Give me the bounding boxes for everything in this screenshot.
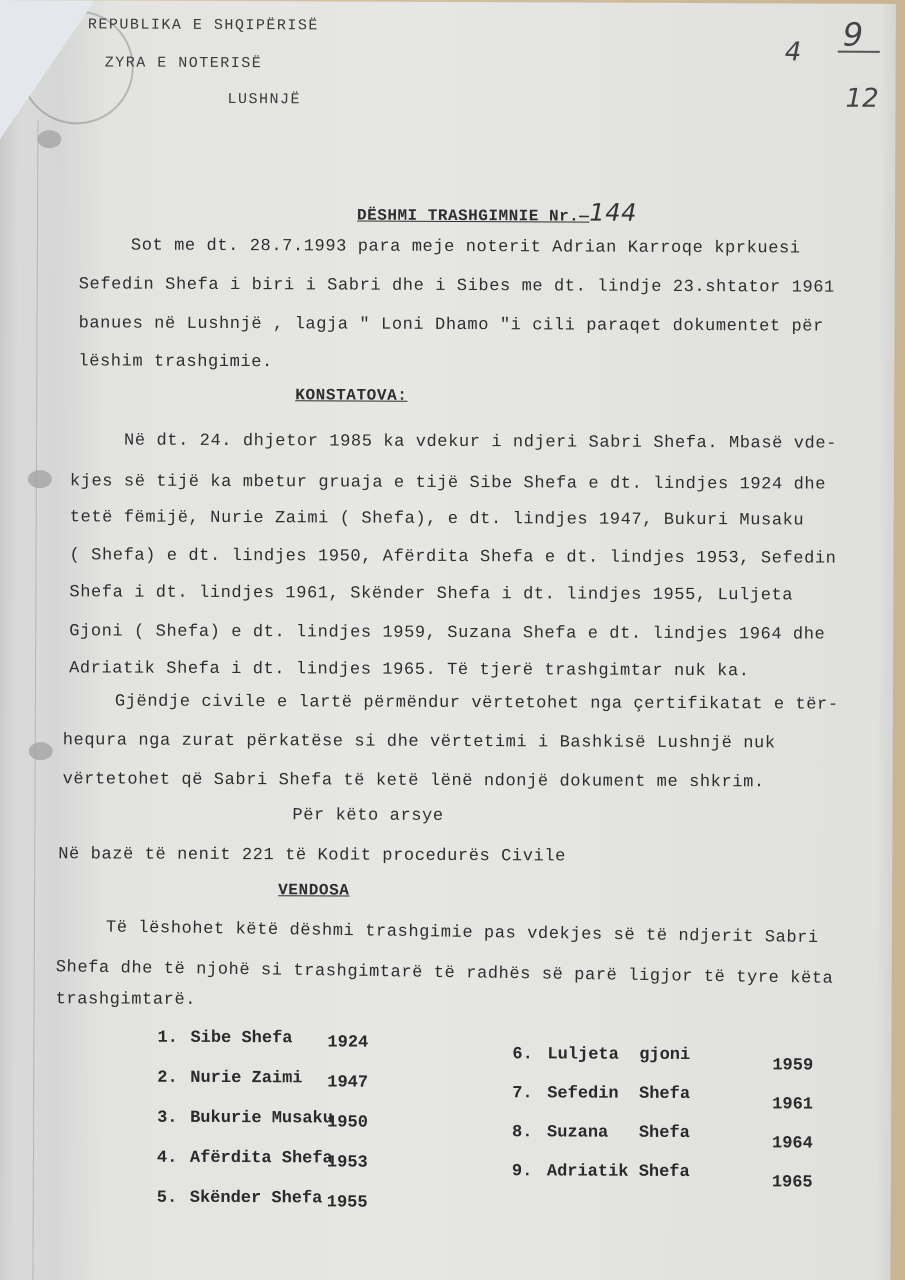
heir-number: 6. — [512, 1045, 532, 1064]
finding-line: Shefa i dt. lindjes 1961, Skënder Shefa … — [69, 583, 793, 605]
decision-line: trashgimtarë. — [56, 990, 197, 1010]
handwritten-fraction-line — [838, 51, 880, 53]
header-republic: REPUBLIKA E SHQIPËRISË — [88, 16, 319, 34]
punch-hole — [28, 470, 52, 488]
header-city: LUSHNJË — [228, 91, 302, 108]
heir-number: 7. — [512, 1084, 532, 1103]
intro-line: Sot me dt. 28.7.1993 para meje noterit A… — [131, 237, 801, 259]
handwritten-folio-bottom: 12 — [846, 84, 879, 114]
heir-number: 3. — [157, 1109, 177, 1128]
finding-line: Adriatik Shefa i dt. lindjes 1965. Të tj… — [69, 659, 750, 681]
heir-birth-year: 1964 — [772, 1134, 813, 1153]
heir-name: Suzana Shefa — [547, 1123, 690, 1143]
legal-basis-line: Në bazë të nenit 221 të Kodit procedurës… — [58, 845, 566, 866]
decision-line: Shefa dhe të njohë si trashgimtarë të ra… — [56, 958, 834, 989]
heir-number: 5. — [157, 1189, 177, 1208]
civil-status-line: hequra nga zurat përkatëse si dhe vërtet… — [63, 731, 776, 753]
heir-number: 2. — [157, 1069, 177, 1088]
header-office: ZYRA E NOTERISË — [105, 54, 263, 72]
decision-line: Të lëshohet këtë dëshmi trashgimie pas v… — [106, 918, 819, 948]
civil-status-line: Gjëndje civile e lartë përmëndur vërteto… — [115, 693, 839, 715]
heir-number: 1. — [157, 1029, 177, 1048]
title-text: DËSHMI TRASHGIMNIE Nr.— — [357, 207, 589, 226]
heir-number: 4. — [157, 1149, 177, 1168]
heir-birth-year: 1965 — [772, 1173, 813, 1192]
handwritten-folio-top: 9 — [843, 16, 864, 54]
handwritten-page-mark: 4 — [785, 37, 802, 67]
finding-line: Në dt. 24. dhjetor 1985 ka vdekur i ndje… — [124, 432, 837, 454]
finding-line: tetë fëmijë, Nurie Zaimi ( Shefa), e dt.… — [70, 508, 805, 530]
heir-birth-year: 1950 — [327, 1113, 368, 1132]
document-page: REPUBLIKA E SHQIPËRISË ZYRA E NOTERISË L… — [0, 0, 896, 1280]
heir-name: Adriatik Shefa — [547, 1162, 690, 1182]
heir-birth-year: 1953 — [327, 1153, 368, 1172]
heir-number: 8. — [512, 1123, 532, 1142]
heading-konstatova: KONSTATOVA: — [295, 386, 407, 404]
heir-name: Sibe Shefa — [190, 1029, 292, 1048]
punch-hole — [37, 130, 61, 148]
intro-line: lëshim trashgimie. — [78, 352, 273, 372]
heir-name: Nurie Zaimi — [190, 1069, 302, 1088]
finding-line: ( Shefa) e dt. lindjes 1950, Afërdita Sh… — [70, 546, 837, 568]
finding-line: Gjoni ( Shefa) e dt. lindjes 1959, Suzan… — [69, 622, 825, 644]
heir-birth-year: 1924 — [327, 1033, 368, 1052]
intro-line: banues në Lushnjë , lagja " Loni Dhamo "… — [79, 314, 824, 336]
punch-hole — [29, 742, 53, 760]
finding-line: kjes së tijë ka mbetur gruaja e tijë Sib… — [70, 472, 826, 494]
document-title: DËSHMI TRASHGIMNIE Nr.—144 — [357, 198, 637, 227]
certificate-number: 144 — [589, 199, 637, 227]
reasons-line: Për këto arsye — [292, 806, 443, 826]
heir-birth-year: 1959 — [772, 1056, 813, 1075]
civil-status-line: vërtetohet që Sabri Shefa të ketë lënë n… — [63, 770, 765, 792]
heir-number: 9. — [512, 1162, 532, 1181]
heir-birth-year: 1961 — [772, 1095, 813, 1114]
heading-vendosa: VENDOSA — [278, 881, 349, 899]
heir-name: Luljeta gjoni — [547, 1045, 690, 1065]
margin-fold-line — [32, 120, 38, 1280]
intro-line: Sefedin Shefa i biri i Sabri dhe i Sibes… — [79, 275, 835, 297]
heir-birth-year: 1947 — [327, 1073, 368, 1092]
heir-name: Afërdita Shefa — [190, 1149, 333, 1169]
heir-name: Skënder Shefa — [190, 1189, 323, 1209]
heir-name: Bukurie Musaku — [190, 1109, 333, 1129]
heir-name: Sefedin Shefa — [547, 1084, 690, 1104]
heir-birth-year: 1955 — [327, 1193, 368, 1212]
